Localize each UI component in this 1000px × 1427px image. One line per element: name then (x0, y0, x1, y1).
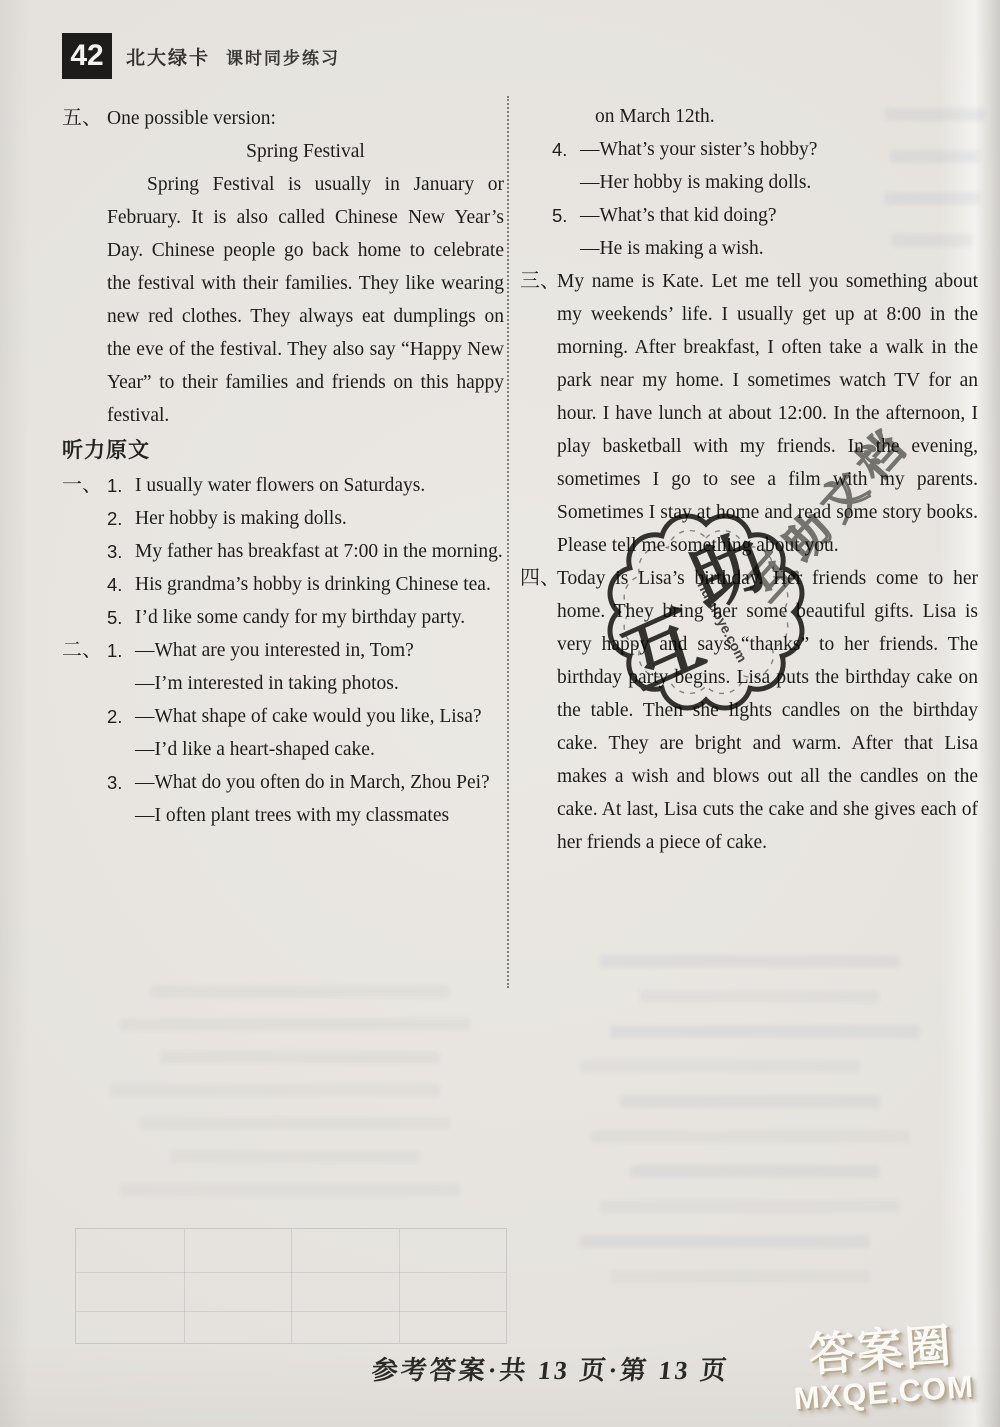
bleed-through-line (140, 1117, 450, 1130)
section-five: 五、 One possible version: Spring Festival… (62, 102, 504, 432)
section-two: 二、 1. —What are you interested in, Tom? … (62, 634, 504, 832)
section-five-intro: One possible version: (107, 102, 504, 135)
item-text: My father has breakfast at 7:00 in the m… (135, 535, 504, 568)
right-column: on March 12th. 4. —What’s your sister’s … (520, 100, 978, 859)
item-number: 2. (107, 502, 135, 535)
item-number: 2. (107, 700, 135, 766)
site-logo: 答案圈 MXQE.COM (789, 1319, 975, 1417)
essay-body: Spring Festival is usually in January or… (107, 168, 504, 432)
dialogue-item: 4. —What’s your sister’s hobby? —Her hob… (520, 133, 978, 199)
item-text: I’d like some candy for my birthday part… (135, 601, 504, 634)
list-item: 5. I’d like some candy for my birthday p… (107, 601, 504, 634)
item-number: 5. (552, 199, 580, 265)
scanned-answer-page: { "header": { "page_badge": "42", "brand… (0, 0, 1000, 1427)
bleed-through-line (610, 1025, 920, 1038)
list-item: 1. I usually water flowers on Saturdays. (107, 469, 504, 502)
bleed-through-line (580, 1235, 870, 1248)
list-item: 2. Her hobby is making dolls. (107, 502, 504, 535)
dialogue-line: —What’s your sister’s hobby? (580, 133, 978, 166)
dialogue-line: —What do you often do in March, Zhou Pei… (135, 766, 504, 799)
item-number: 1. (107, 469, 135, 502)
section-five-label: 五、 (62, 102, 107, 432)
item-number: 3. (107, 766, 135, 832)
stamp-character-bottom: 互 (612, 596, 716, 705)
item-number: 4. (107, 568, 135, 601)
brand-subtitle: 课时同步练习 (226, 44, 340, 69)
column-divider (507, 96, 509, 988)
bleed-through-line (120, 1018, 470, 1031)
dialogue-item: 3. —What do you often do in March, Zhou … (107, 766, 504, 832)
bleed-through-line (110, 1084, 440, 1097)
section-one-label: 一、 (62, 469, 107, 634)
essay-title: Spring Festival (107, 135, 504, 168)
page-number-badge: 42 (62, 33, 112, 79)
transcript-heading: 听力原文 (62, 434, 504, 467)
dialogue-item: 2. —What shape of cake would you like, L… (107, 700, 504, 766)
list-item: 4. His grandma’s hobby is drinking Chine… (107, 568, 504, 601)
dialogue-line: —What are you interested in, Tom? (135, 634, 504, 667)
section-four-label: 四、 (520, 562, 557, 859)
bleed-through-line (640, 990, 880, 1003)
bleed-through-line (590, 1130, 910, 1143)
bleed-through-line (150, 985, 450, 998)
dialogue-line: —Her hobby is making dolls. (580, 166, 978, 199)
bleed-through-table (75, 1228, 507, 1344)
item-number: 5. (107, 601, 135, 634)
item-text: Her hobby is making dolls. (135, 502, 504, 535)
brand-title: 北大绿卡 (126, 43, 210, 70)
item-number: 4. (552, 133, 580, 199)
bleed-through-line (620, 1095, 880, 1108)
bleed-through-line (160, 1051, 440, 1064)
list-item: 3. My father has breakfast at 7:00 in th… (107, 535, 504, 568)
dialogue-item: 5. —What’s that kid doing? —He is making… (520, 199, 978, 265)
section-one: 一、 1. I usually water flowers on Saturda… (62, 469, 504, 634)
bleed-through-line (170, 1150, 420, 1163)
dialogue-line: —I often plant trees with my classmates (135, 799, 504, 832)
footer-page-info: 参考答案·共 13 页·第 13 页 (370, 1350, 731, 1387)
continuation-line: on March 12th. (595, 100, 978, 133)
dialogue-line: —I’m interested in taking photos. (135, 667, 504, 700)
header: 42 北大绿卡 课时同步练习 (62, 33, 340, 79)
dialogue-line: —What’s that kid doing? (580, 199, 978, 232)
item-number: 1. (107, 634, 135, 700)
section-three-label: 三、 (520, 265, 557, 562)
dialogue-line: —He is making a wish. (580, 232, 978, 265)
left-column: 五、 One possible version: Spring Festival… (62, 102, 504, 832)
bleed-through-line (600, 955, 900, 968)
bleed-through-line (580, 1060, 860, 1073)
bleed-through-line (610, 1270, 870, 1283)
item-text: His grandma’s hobby is drinking Chinese … (135, 568, 504, 601)
bleed-through-line (600, 1200, 900, 1213)
item-number: 3. (107, 535, 135, 568)
item-text: I usually water flowers on Saturdays. (135, 469, 504, 502)
dialogue-line: —What shape of cake would you like, Lisa… (135, 700, 504, 733)
dialogue-line: —I’d like a heart-shaped cake. (135, 733, 504, 766)
bleed-through-line (120, 1183, 460, 1196)
dialogue-item: 1. —What are you interested in, Tom? —I’… (107, 634, 504, 700)
bleed-through-line (630, 1165, 880, 1178)
section-two-label: 二、 (62, 634, 107, 832)
